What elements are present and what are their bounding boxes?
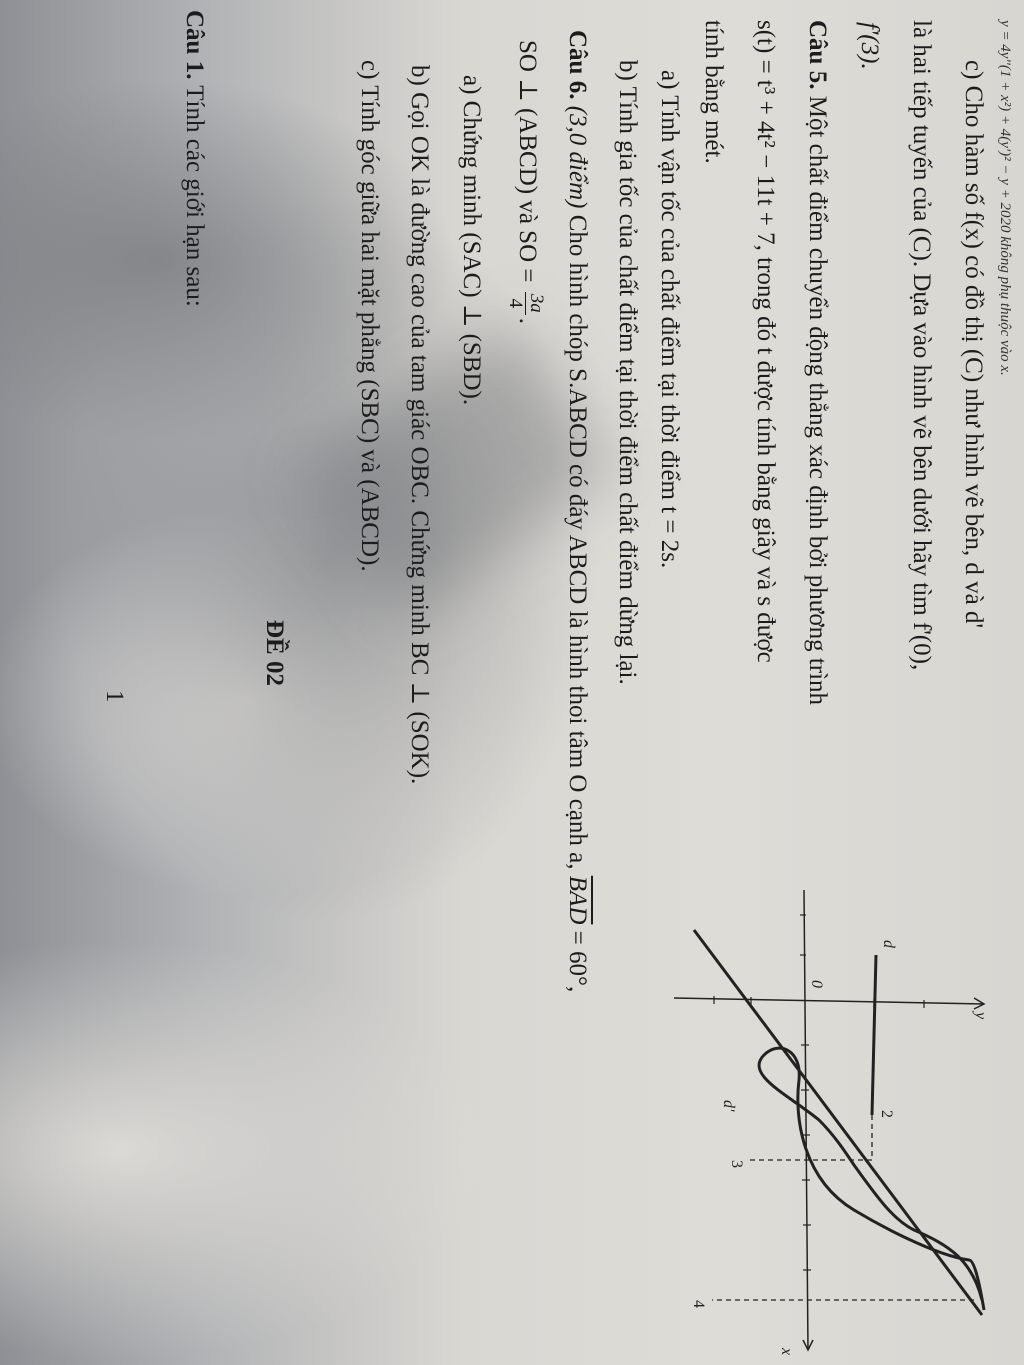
cau5-line3: tính bằng mét.	[698, 20, 728, 164]
origin-label: 0	[808, 980, 825, 988]
tangent-d-prime	[694, 930, 982, 1315]
angle-bad: BAD	[564, 876, 591, 925]
header-fragment: y = 4y''(1 + x²) + 4(y')² − y + 2020 khô…	[990, 20, 1020, 376]
cau6-part-b: b) Gọi OK là đường cao của tam giác OBC.…	[404, 65, 434, 784]
cau5-label: Câu 5.	[804, 20, 831, 89]
frac-numerator: 3a	[525, 292, 546, 315]
cau4c-line2: là hai tiếp tuyến của (C). Dựa vào hình …	[906, 20, 936, 670]
y-axis	[674, 998, 984, 1004]
cau4c-line3: f'(3).	[854, 22, 884, 70]
cau4c-line1: c) Cho hàm số f(x) có đồ thị (C) như hìn…	[958, 60, 988, 628]
tangent-d	[872, 955, 876, 1115]
tangent-d2-label: d'	[720, 1100, 737, 1112]
cau5-line2: s(t) = t³ + 4t² − 11t + 7, trong đó t đư…	[750, 20, 780, 663]
cau6-so-text: SO ⊥ (ABCD) và SO =	[514, 40, 541, 282]
cau1-text: Tính các giới hạn sau:	[181, 85, 208, 306]
fraction-3a-4: 3a 4	[505, 292, 546, 315]
cau6-period: .	[514, 318, 541, 324]
cau5-part-b: b) Tính gia tốc của chất điểm tại thời đ…	[612, 60, 642, 685]
cau5-part-a: a) Tính vận tốc của chất điểm tại thời đ…	[654, 70, 684, 568]
angle-value: = 60°,	[564, 931, 591, 993]
page-number: 1	[99, 690, 129, 703]
function-graph: 0 d 2 d' 3 4 x y	[664, 880, 994, 1360]
exam-page: y = 4y''(1 + x²) + 4(y')² − y + 2020 khô…	[0, 0, 1024, 1365]
cau5-text1: Một chất điểm chuyển động thẳng xác định…	[804, 96, 831, 705]
cau5-line1: Câu 5. Một chất điểm chuyển động thẳng x…	[802, 20, 832, 705]
exam-title: ĐỀ 02	[259, 620, 289, 686]
cau6-text1: Cho hình chóp S.ABCD có đáy ABCD là hình…	[564, 215, 591, 870]
cau6-points: (3,0 điểm)	[564, 106, 591, 209]
x-axis-label: x	[778, 1347, 795, 1355]
x-axis	[804, 890, 808, 1350]
y-axis-label: y	[972, 1010, 989, 1020]
cau6-label: Câu 6.	[564, 30, 591, 99]
x-tick-3: 3	[728, 1160, 745, 1168]
y-tick-2: 2	[878, 1110, 895, 1118]
cau6-line2: SO ⊥ (ABCD) và SO = 3a 4 .	[505, 40, 546, 324]
cau1-label: Câu 1.	[181, 10, 208, 79]
frac-denominator: 4	[505, 292, 525, 315]
cau1-line: Câu 1. Tính các giới hạn sau:	[179, 10, 209, 307]
tangent-d-label: d	[880, 940, 897, 949]
cau6-part-a: a) Chứng minh (SAC) ⊥ (SBD).	[456, 75, 486, 405]
cau6-line1: Câu 6. (3,0 điểm) Cho hình chóp S.ABCD c…	[562, 30, 592, 992]
cau6-part-c: c) Tính góc giữa hai mặt phẳng (SBC) và …	[354, 60, 384, 572]
x-tick-4: 4	[690, 1300, 707, 1308]
